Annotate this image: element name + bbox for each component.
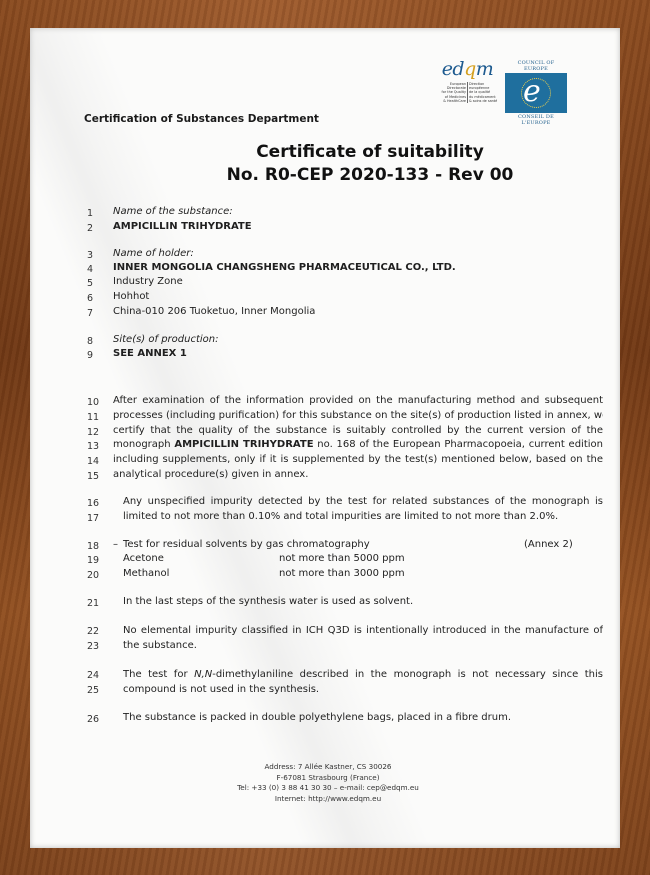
department-name: Certification of Substances Department [84, 113, 319, 125]
line-number: 24 [87, 670, 99, 681]
footer-internet: Internet: http://www.edqm.eu [36, 794, 620, 805]
line-number: 3 [87, 250, 93, 261]
statement-line: compound is not used in the synthesis. [123, 683, 603, 698]
impurity-line: limited to not more than 0.10% and total… [123, 510, 603, 525]
line-number: 26 [87, 714, 99, 725]
line-number: 14 [87, 456, 99, 467]
line-number: 11 [87, 412, 99, 423]
annex-reference: (Annex 2) [524, 539, 573, 550]
certificate-document: edqm European Directorate for the Qualit… [30, 28, 620, 848]
solvent-limit: not more than 3000 ppm [279, 568, 405, 579]
line-number: 19 [87, 555, 99, 566]
solvent-name: Acetone [123, 553, 164, 564]
line-number: 10 [87, 397, 99, 408]
footer-contact: Address: 7 Allée Kastner, CS 30026 F-670… [30, 762, 620, 804]
line-number: 1 [87, 208, 93, 219]
substance-label: Name of the substance: [113, 206, 233, 217]
coe-emblem-icon: e [505, 73, 567, 113]
footer-city: F-67081 Strasbourg (France) [36, 773, 620, 784]
substance-name: AMPICILLIN TRIHYDRATE [113, 221, 252, 232]
paragraph-line: certify that the quality of the substanc… [113, 424, 603, 439]
statement-line: The test for N,N-dimethylaniline describ… [123, 668, 603, 683]
council-of-europe-logo: COUNCIL OF EUROPE e CONSEIL DE L'EUROPE [505, 60, 567, 126]
solvent-limit: not more than 5000 ppm [279, 553, 405, 564]
line-number: 4 [87, 264, 93, 275]
holder-label: Name of holder: [113, 248, 194, 259]
sites-value: SEE ANNEX 1 [113, 348, 187, 359]
line-number: 20 [87, 570, 99, 581]
line-number: 5 [87, 278, 93, 289]
solvent-name: Methanol [123, 568, 169, 579]
edqm-wordmark: edqm [430, 58, 505, 80]
statement-line: The substance is packed in double polyet… [123, 712, 511, 723]
line-number: 8 [87, 336, 93, 347]
paragraph-line: After examination of the information pro… [113, 394, 603, 409]
certificate-number: No. R0-CEP 2020-133 - Rev 00 [120, 164, 620, 187]
line-number: 18 [87, 541, 99, 552]
chemical-prefix: N,N [194, 669, 212, 680]
line-number: 6 [87, 293, 93, 304]
paragraph-line: including supplements, only if it is sup… [113, 453, 603, 468]
impurity-line: Any unspecified impurity detected by the… [123, 495, 603, 510]
line-number: 16 [87, 498, 99, 509]
edqm-logo: edqm European Directorate for the Qualit… [430, 58, 505, 103]
residual-solvents-test: Test for residual solvents by gas chroma… [123, 539, 370, 550]
coe-top-text: COUNCIL OF EUROPE [505, 60, 567, 72]
line-number: 22 [87, 626, 99, 637]
coe-bottom-text: CONSEIL DE L'EUROPE [505, 114, 567, 126]
paragraph-line: processes (including purification) for t… [113, 409, 603, 424]
paragraph-line: analytical procedure(s) given in annex. [113, 468, 603, 483]
statement-line: No elemental impurity classified in ICH … [123, 624, 603, 639]
holder-address-2: Hohhot [113, 291, 149, 302]
line-number: 21 [87, 598, 99, 609]
line-number: 17 [87, 513, 99, 524]
line-number: 23 [87, 641, 99, 652]
holder-address-3: China-010 206 Tuoketuo, Inner Mongolia [113, 306, 315, 317]
line-number: 13 [87, 441, 99, 452]
statement-line: In the last steps of the synthesis water… [123, 596, 413, 607]
e-letter-icon: e [523, 74, 541, 109]
footer-contact-line: Tel: +33 (0) 3 88 41 30 30 – e-mail: cep… [36, 783, 620, 794]
holder-name: INNER MONGOLIA CHANGSHENG PHARMACEUTICAL… [113, 262, 456, 273]
line-number: 9 [87, 350, 93, 361]
statement-line: the substance. [123, 639, 603, 654]
line-number: 12 [87, 427, 99, 438]
sites-label: Site(s) of production: [113, 334, 219, 345]
certificate-title: Certificate of suitability No. R0-CEP 20… [30, 141, 620, 187]
line-number: 15 [87, 471, 99, 482]
edqm-subtitle: European Directorate for the Quality of … [430, 82, 505, 103]
title-line-1: Certificate of suitability [120, 141, 620, 164]
paragraph-line: monograph AMPICILLIN TRIHYDRATE no. 168 … [113, 438, 603, 453]
footer-address: Address: 7 Allée Kastner, CS 30026 [36, 762, 620, 773]
dash-bullet: – [113, 539, 118, 550]
line-number: 25 [87, 685, 99, 696]
monograph-name: AMPICILLIN TRIHYDRATE [174, 439, 313, 450]
holder-address-1: Industry Zone [113, 276, 183, 287]
line-number: 2 [87, 223, 93, 234]
line-number: 7 [87, 308, 93, 319]
